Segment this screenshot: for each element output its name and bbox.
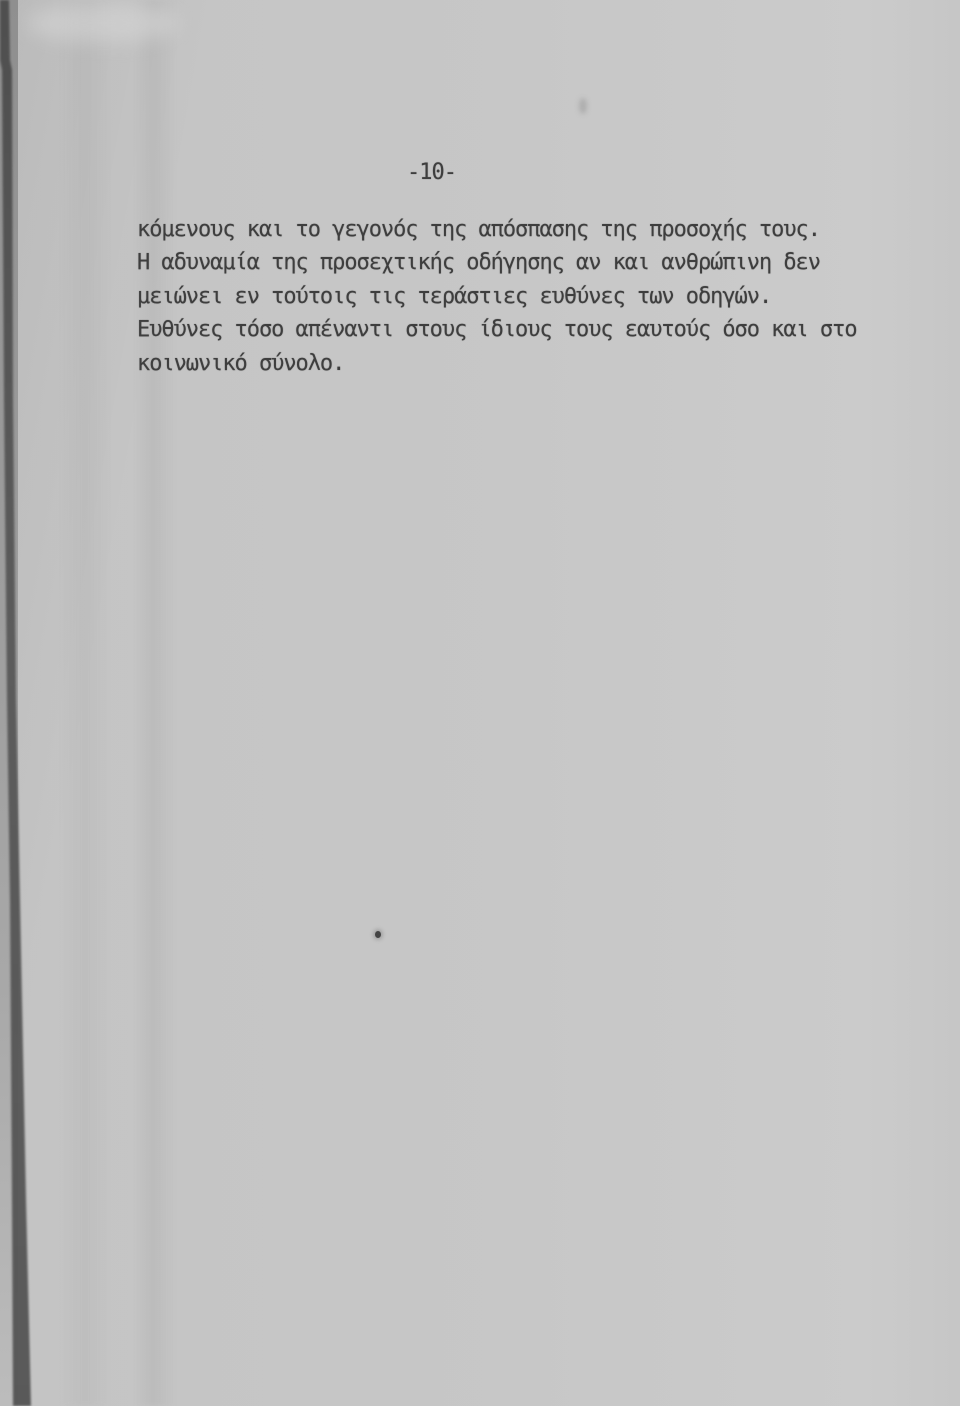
scanned-document-page: -10- κόμενους και το γεγονός της απόσπασ… <box>0 0 960 1406</box>
body-line: κοινωνικό σύνολο. <box>137 347 897 380</box>
body-line: κόμενους και το γεγονός της απόσπασης τη… <box>137 213 897 246</box>
left-binding-crease <box>0 0 40 1406</box>
scan-light-patch <box>28 4 178 42</box>
body-line: μειώνει εν τούτοις τις τεράστιες ευθύνες… <box>137 280 897 313</box>
page-number: -10- <box>407 156 456 189</box>
scan-streak <box>134 0 176 1406</box>
body-line: Η αδυναμία της προσεχτικής οδήγησης αν κ… <box>137 246 897 279</box>
body-line: Ευθύνες τόσο απέναντι στους ίδιους τους … <box>137 313 897 346</box>
scan-streak <box>60 0 110 1406</box>
ink-speck-artifact <box>375 931 381 938</box>
faint-smudge-artifact <box>579 98 587 114</box>
body-paragraph: κόμενους και το γεγονός της απόσπασης τη… <box>137 213 897 380</box>
